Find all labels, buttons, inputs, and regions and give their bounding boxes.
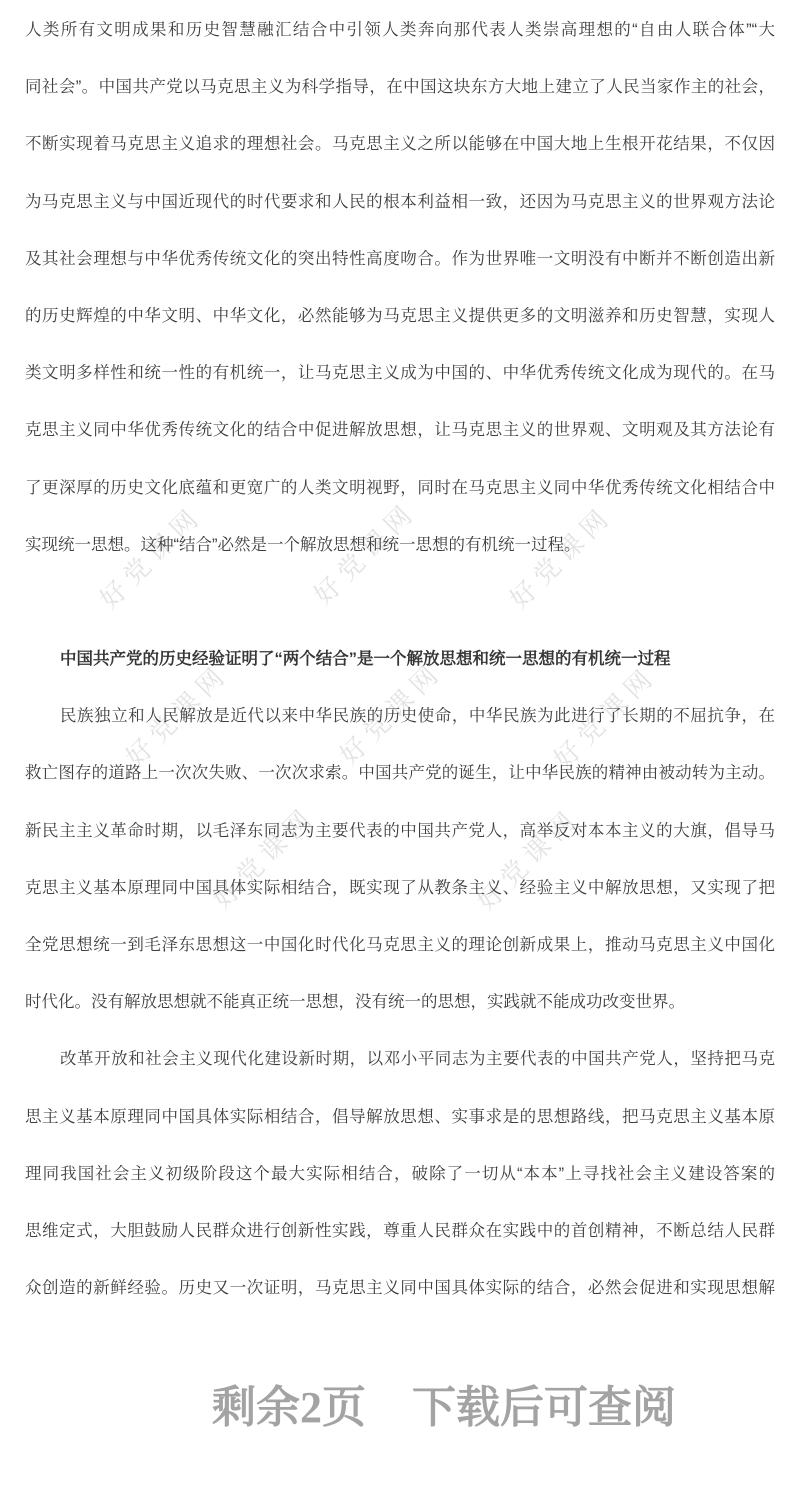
- text-line: 救亡图存的道路上一次次失败、一次次求索。中国共产党的诞生，让中华民族的精神由被动…: [25, 745, 775, 802]
- remaining-pages-label: 剩余2页: [212, 1384, 366, 1432]
- text-line: 理同我国社会主义初级阶段这个最大实际相结合，破除了一切从“本本”上寻找社会主义建…: [25, 1146, 775, 1203]
- text-line: 类文明多样性和统一性的有机统一，让马克思主义成为中国的、中华优秀传统文化成为现代…: [25, 345, 775, 402]
- text-line: 同社会”。中国共产党以马克思主义为科学指导，在中国这块东方大地上建立了人民当家作…: [25, 59, 775, 116]
- section-heading: 中国共产党的历史经验证明了“两个结合”是一个解放思想和统一思想的有机统一过程: [25, 631, 775, 688]
- text-line: 了更深厚的历史文化底蕴和更宽广的人类文明视野，同时在马克思主义同中华优秀传统文化…: [25, 460, 775, 517]
- text-line: 不断实现着马克思主义追求的理想社会。马克思主义之所以能够在中国大地上生根开花结果…: [25, 116, 775, 173]
- text-line: 为马克思主义与中国近现代的时代要求和人民的根本利益相一致，还因为马克思主义的世界…: [25, 174, 775, 231]
- text-line: 众创造的新鲜经验。历史又一次证明，马克思主义同中国具体实际的结合，必然会促进和实…: [25, 1260, 775, 1317]
- text-line: 实现统一思想。这种“结合”必然是一个解放思想和统一思想的有机统一过程。: [25, 517, 775, 574]
- download-hint-label: 下载后可查阅: [412, 1384, 676, 1432]
- text-line: 民族独立和人民解放是近代以来中华民族的历史使命，中华民族为此进行了长期的不屈抗争…: [25, 688, 775, 745]
- text-line: 人类所有文明成果和历史智慧融汇结合中引领人类奔向那代表人类崇高理想的“自由人联合…: [25, 2, 775, 59]
- document-body: 人类所有文明成果和历史智慧融汇结合中引领人类奔向那代表人类崇高理想的“自由人联合…: [25, 2, 775, 1317]
- page-footer: 剩余2页 下载后可查阅: [0, 1384, 800, 1432]
- text-line: 克思主义同中华优秀传统文化的结合中促进解放思想，让马克思主义的世界观、文明观及其…: [25, 402, 775, 459]
- text-line: 思主义基本原理同中国具体实际相结合，倡导解放思想、实事求是的思想路线，把马克思主…: [25, 1089, 775, 1146]
- paragraph-spacer: [25, 574, 775, 631]
- text-line: 改革开放和社会主义现代化建设新时期，以邓小平同志为主要代表的中国共产党人，坚持把…: [25, 1031, 775, 1088]
- text-line: 思维定式，大胆鼓励人民群众进行创新性实践，尊重人民群众在实践中的首创精神，不断总…: [25, 1203, 775, 1260]
- page: 好党课网好党课网好党课网好党课网好党课网好党课网好党课网好党课网 人类所有文明成…: [0, 0, 800, 1488]
- text-line: 克思主义基本原理同中国具体实际相结合，既实现了从教条主义、经验主义中解放思想，又…: [25, 860, 775, 917]
- text-line: 新民主主义革命时期，以毛泽东同志为主要代表的中国共产党人，高举反对本本主义的大旗…: [25, 803, 775, 860]
- text-line: 时代化。没有解放思想就不能真正统一思想，没有统一的思想，实践就不能成功改变世界。: [25, 974, 775, 1031]
- text-line: 全党思想统一到毛泽东思想这一中国化时代化马克思主义的理论创新成果上，推动马克思主…: [25, 917, 775, 974]
- text-line: 及其社会理想与中华优秀传统文化的突出特性高度吻合。作为世界唯一文明没有中断并不断…: [25, 231, 775, 288]
- text-line: 的历史辉煌的中华文明、中华文化，必然能够为马克思主义提供更多的文明滋养和历史智慧…: [25, 288, 775, 345]
